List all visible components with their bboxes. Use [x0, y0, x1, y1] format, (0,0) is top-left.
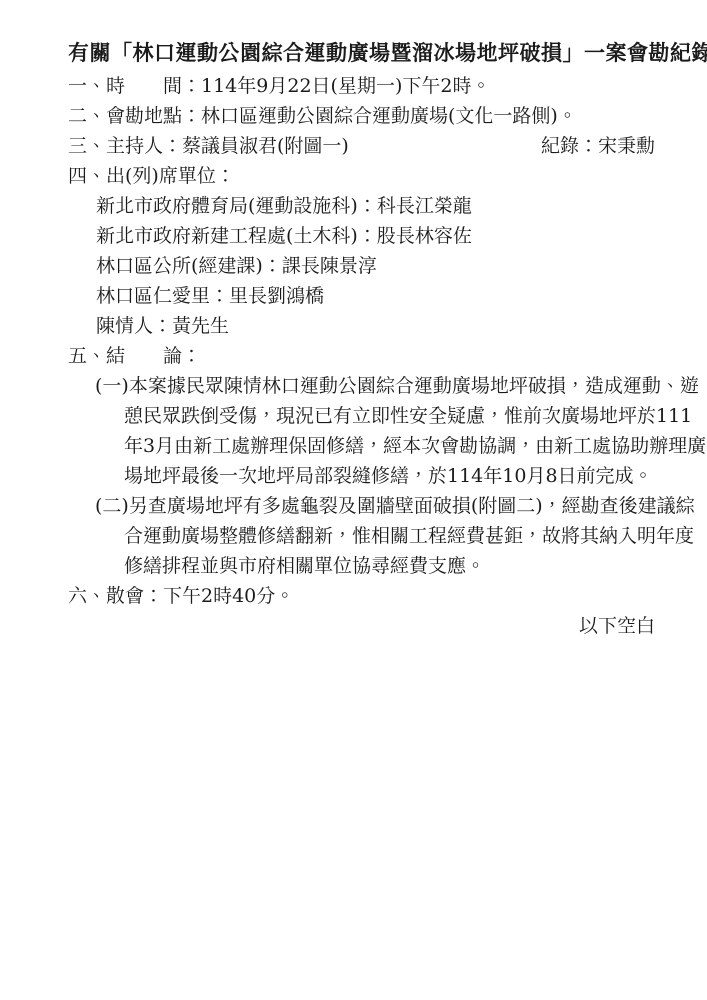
line-conclusion-heading: 五、結 論： [68, 341, 655, 371]
line-meeting-location: 二、會勘地點：林口區運動公園綜合運動廣場(文化一路側)。 [68, 101, 655, 131]
attendee-line: 新北市政府體育局(運動設施科)：科長江榮龍 [68, 191, 655, 221]
line-meeting-time: 一、時 間：114年9月22日(星期一)下午2時。 [68, 71, 655, 101]
recorder-label: 紀錄：宋秉勳 [541, 131, 655, 161]
conclusion-item1-line: 憩民眾跌倒受傷，現況已有立即性安全疑慮，惟前次廣場地坪於111 [68, 401, 655, 431]
document-content: 有關「林口運動公園綜合運動廣場暨溜冰場地坪破損」一案會勘紀錄 一、時 間：114… [68, 38, 655, 641]
host-label: 三、主持人：蔡議員淑君(附圖一) [68, 131, 349, 161]
attendee-line: 陳情人：黃先生 [68, 311, 655, 341]
end-note: 以下空白 [68, 611, 655, 641]
line-host-and-recorder: 三、主持人：蔡議員淑君(附圖一) 紀錄：宋秉勳 [68, 131, 655, 161]
attendee-line: 林口區公所(經建課)：課長陳景淳 [68, 251, 655, 281]
conclusion-item2-line: 修繕排程並與市府相關單位協尋經費支應。 [68, 551, 655, 581]
conclusion-item2-line: (二)另查廣場地坪有多處龜裂及圍牆壁面破損(附圖二)，經勘查後建議綜 [68, 491, 655, 521]
attendee-line: 新北市政府新建工程處(土木科)：股長林容佐 [68, 221, 655, 251]
attendee-line: 林口區仁愛里：里長劉鴻橋 [68, 281, 655, 311]
page-title: 有關「林口運動公園綜合運動廣場暨溜冰場地坪破損」一案會勘紀錄 [68, 38, 655, 68]
conclusion-item1-line: 場地坪最後一次地坪局部裂縫修繕，於114年10月8日前完成。 [68, 461, 655, 491]
document-page: 有關「林口運動公園綜合運動廣場暨溜冰場地坪破損」一案會勘紀錄 一、時 間：114… [0, 0, 707, 1000]
conclusion-item2-line: 合運動廣場整體修繕翻新，惟相關工程經費甚鉅，故將其納入明年度 [68, 521, 655, 551]
line-adjournment: 六、散會：下午2時40分。 [68, 581, 655, 611]
conclusion-item1-line: 年3月由新工處辦理保固修繕，經本次會勘協調，由新工處協助辦理廣 [68, 431, 655, 461]
conclusion-item1-line: (一)本案據民眾陳情林口運動公園綜合運動廣場地坪破損，造成運動、遊 [68, 371, 655, 401]
line-attendees-heading: 四、出(列)席單位： [68, 161, 655, 191]
